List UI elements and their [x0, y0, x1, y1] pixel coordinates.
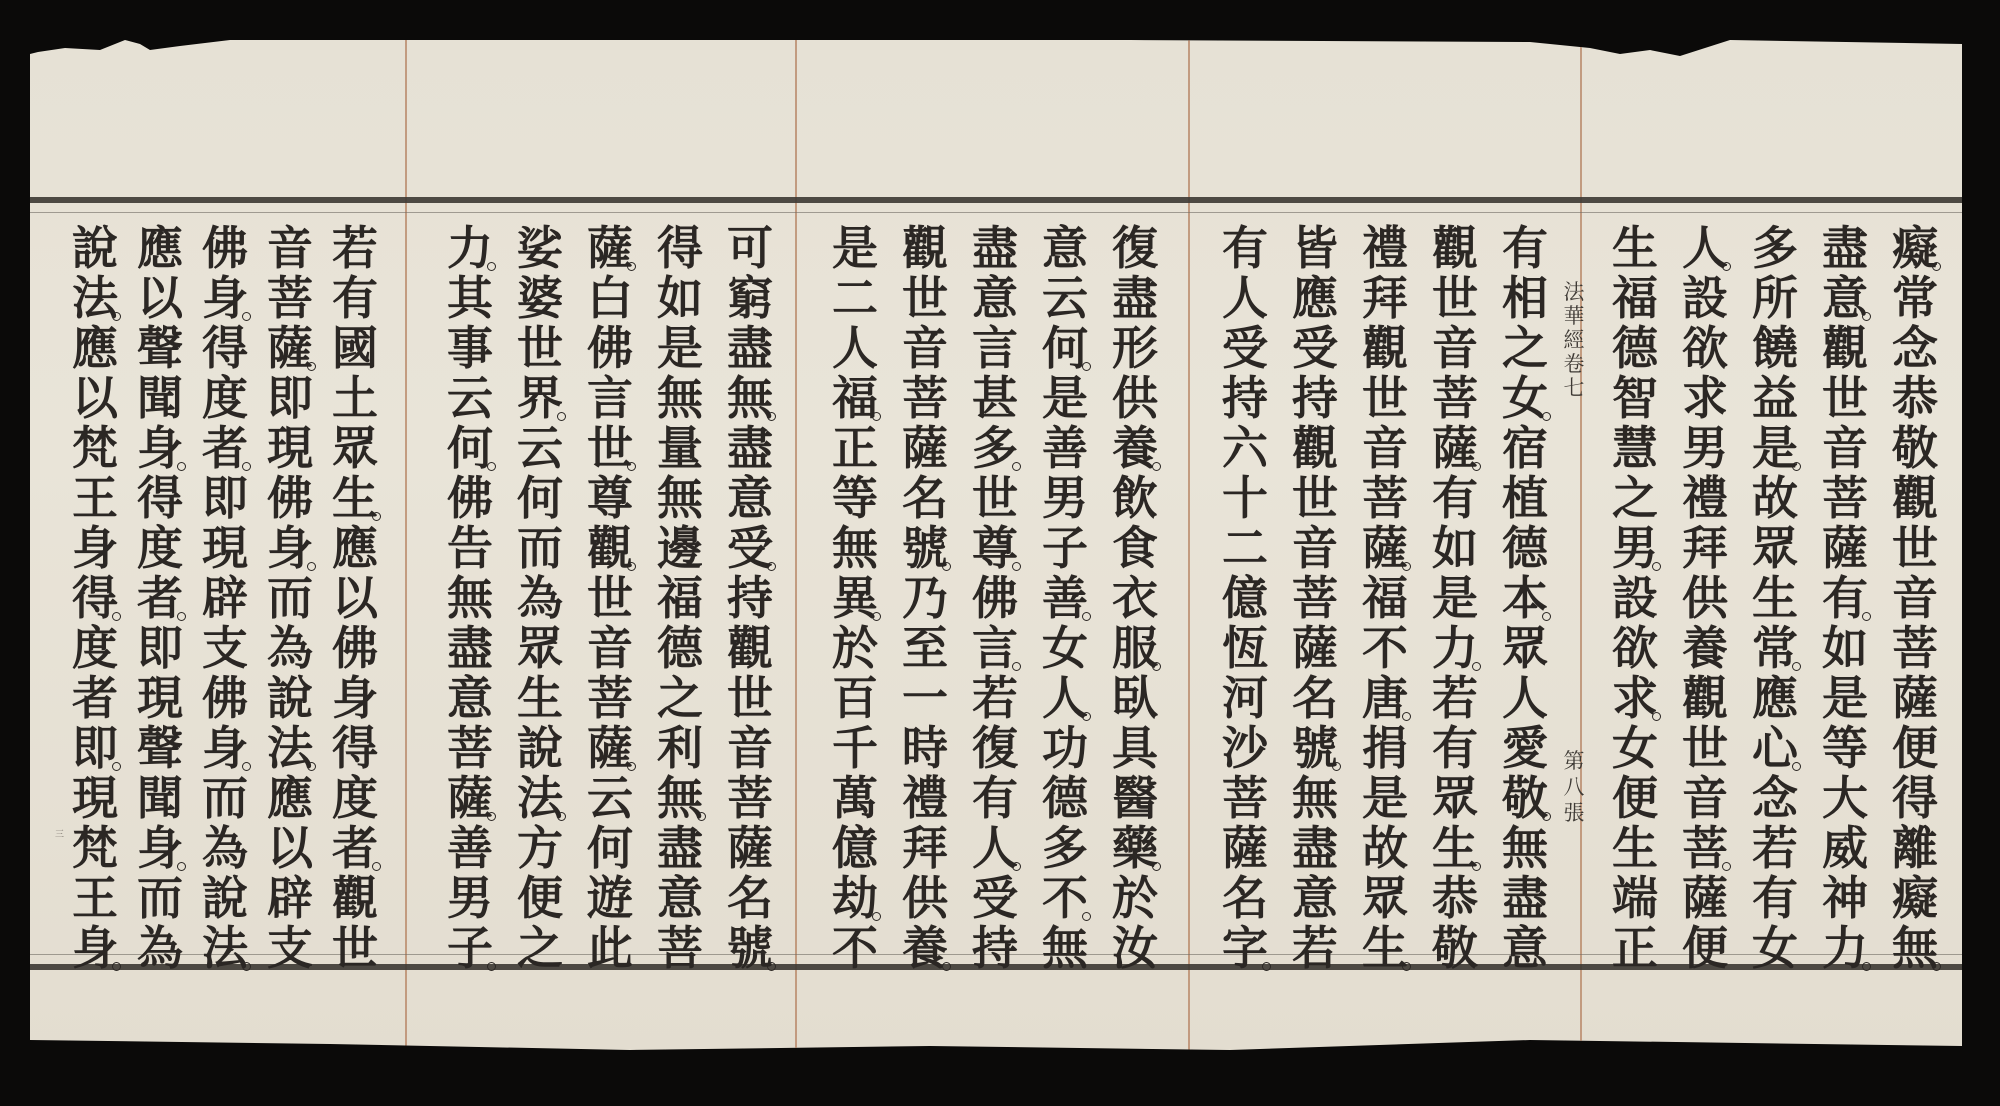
character: 敬	[1497, 773, 1553, 823]
character: 音	[262, 223, 318, 273]
character: 菩	[652, 923, 708, 973]
character: 無	[1037, 923, 1093, 973]
character: 而	[132, 873, 188, 923]
character: 世	[582, 423, 638, 473]
character: 盡	[722, 323, 778, 373]
character: 汝	[1107, 923, 1163, 973]
character: 眾	[1427, 773, 1483, 823]
character: 盡	[1817, 223, 1873, 273]
character: 盡	[1497, 873, 1553, 923]
character: 生	[1747, 573, 1803, 623]
character: 其	[442, 273, 498, 323]
character: 便	[1677, 923, 1733, 973]
character: 求	[1607, 673, 1663, 723]
character: 尊	[582, 473, 638, 523]
character: 方	[512, 823, 568, 873]
character: 世	[722, 673, 778, 723]
character: 薩	[262, 323, 318, 373]
character: 宿	[1497, 423, 1553, 473]
character: 身	[132, 823, 188, 873]
character: 力	[1817, 923, 1873, 973]
character: 意	[1037, 223, 1093, 273]
carver-mark: 三	[55, 830, 65, 840]
character: 窮	[722, 273, 778, 323]
character: 多	[1747, 223, 1803, 273]
sutra-page-scan: 癡常念恭敬觀世音菩薩便得離癡無盡意觀世音菩薩有如是等大威神力多所饒益是故眾生常應…	[30, 40, 1962, 1060]
character: 即	[132, 623, 188, 673]
text-column: 力其事云何佛告無盡意菩薩善男子	[440, 223, 500, 963]
character: 河	[1217, 673, 1273, 723]
character: 福	[827, 373, 883, 423]
character: 捐	[1357, 723, 1413, 773]
character: 生	[512, 673, 568, 723]
character: 恭	[1887, 373, 1943, 423]
character: 為	[132, 923, 188, 973]
character: 佛	[327, 623, 383, 673]
character: 者	[327, 823, 383, 873]
character: 念	[1887, 323, 1943, 373]
character: 威	[1817, 823, 1873, 873]
character: 世	[327, 923, 383, 973]
text-column: 復盡形供養飲食衣服臥具醫藥於汝	[1105, 223, 1165, 963]
character: 佛	[197, 673, 253, 723]
top-border-rule	[30, 197, 1962, 203]
character: 無	[827, 523, 883, 573]
character: 萬	[827, 773, 883, 823]
character: 善	[1037, 423, 1093, 473]
character: 無	[1287, 773, 1343, 823]
text-column: 癡常念恭敬觀世音菩薩便得離癡無	[1885, 223, 1945, 963]
character: 男	[1037, 473, 1093, 523]
margin-page-number: 第八張	[1562, 748, 1586, 826]
character: 音	[722, 723, 778, 773]
character: 不	[1037, 873, 1093, 923]
character: 故	[1357, 823, 1413, 873]
character: 以	[327, 573, 383, 623]
character: 十	[1217, 473, 1273, 523]
text-column: 意云何是善男子善女人功德多不無	[1035, 223, 1095, 963]
character: 為	[262, 623, 318, 673]
fold-line	[405, 40, 407, 1060]
fold-line	[1188, 40, 1190, 1060]
character: 男	[442, 873, 498, 923]
character: 如	[1427, 523, 1483, 573]
character: 以	[132, 273, 188, 323]
character: 應	[262, 773, 318, 823]
character: 本	[1497, 573, 1553, 623]
character: 正	[1607, 923, 1663, 973]
character: 者	[67, 673, 123, 723]
character: 度	[327, 773, 383, 823]
character: 辟	[262, 873, 318, 923]
character: 世	[1817, 373, 1873, 423]
character: 億	[1217, 573, 1273, 623]
character: 量	[652, 423, 708, 473]
character: 娑	[512, 223, 568, 273]
character: 心	[1747, 723, 1803, 773]
text-column: 可窮盡無盡意受持觀世音菩薩名號	[720, 223, 780, 963]
character: 聲	[132, 723, 188, 773]
character: 觀	[722, 623, 778, 673]
character: 是	[1037, 373, 1093, 423]
character: 有	[1427, 473, 1483, 523]
character: 無	[652, 473, 708, 523]
character: 生	[1607, 823, 1663, 873]
margin-title: 法華經卷七	[1562, 280, 1586, 400]
character: 世	[582, 573, 638, 623]
character: 異	[827, 573, 883, 623]
character: 眾	[1747, 523, 1803, 573]
text-column: 若有國土眾生應以佛身得度者觀世	[325, 223, 385, 963]
character: 觀	[1817, 323, 1873, 373]
character: 有	[1497, 223, 1553, 273]
character: 音	[1287, 523, 1343, 573]
character: 度	[132, 523, 188, 573]
text-column: 應以聲聞身得度者即現聲聞身而為	[130, 223, 190, 963]
character: 意	[442, 673, 498, 723]
character: 應	[1747, 673, 1803, 723]
character: 云	[512, 423, 568, 473]
character: 益	[1747, 373, 1803, 423]
character: 現	[67, 773, 123, 823]
character: 盡	[1107, 273, 1163, 323]
character: 名	[1287, 673, 1343, 723]
character: 拜	[897, 823, 953, 873]
character: 若	[1747, 823, 1803, 873]
text-column: 觀世音菩薩名號乃至一時禮拜供養	[895, 223, 955, 963]
character: 恆	[1217, 623, 1273, 673]
character: 音	[1817, 423, 1873, 473]
character: 言	[967, 623, 1023, 673]
character: 如	[652, 273, 708, 323]
character: 現	[197, 523, 253, 573]
character: 世	[1887, 523, 1943, 573]
character: 之	[652, 673, 708, 723]
character: 應	[1287, 273, 1343, 323]
character: 法	[197, 923, 253, 973]
character: 得	[67, 573, 123, 623]
character: 意	[652, 873, 708, 923]
character: 音	[897, 323, 953, 373]
character: 身	[327, 673, 383, 723]
character: 愛	[1497, 723, 1553, 773]
character: 復	[967, 723, 1023, 773]
character: 德	[1037, 773, 1093, 823]
character: 法	[262, 723, 318, 773]
character: 得	[132, 473, 188, 523]
character: 菩	[1887, 623, 1943, 673]
character: 度	[67, 623, 123, 673]
character: 說	[512, 723, 568, 773]
character: 人	[827, 323, 883, 373]
character: 以	[67, 373, 123, 423]
character: 億	[827, 823, 883, 873]
character: 恭	[1427, 873, 1483, 923]
character: 世	[512, 323, 568, 373]
character: 名	[897, 473, 953, 523]
character: 音	[1427, 323, 1483, 373]
character: 號	[1287, 723, 1343, 773]
character: 飲	[1107, 473, 1163, 523]
character: 說	[262, 673, 318, 723]
character: 養	[1107, 423, 1163, 473]
character: 是	[1427, 573, 1483, 623]
character: 女	[1747, 923, 1803, 973]
character: 觀	[1287, 423, 1343, 473]
character: 持	[722, 573, 778, 623]
text-column: 音菩薩即現佛身而為說法應以辟支	[260, 223, 320, 963]
character: 何	[582, 823, 638, 873]
character: 是	[1817, 673, 1873, 723]
character: 土	[327, 373, 383, 423]
character: 身	[67, 923, 123, 973]
fold-line	[1580, 40, 1582, 1060]
character: 常	[1887, 273, 1943, 323]
character: 是	[827, 223, 883, 273]
character: 佛	[262, 473, 318, 523]
character: 多	[1037, 823, 1093, 873]
character: 梵	[67, 823, 123, 873]
character: 意	[1287, 873, 1343, 923]
character: 設	[1607, 573, 1663, 623]
character: 觀	[1677, 673, 1733, 723]
character: 有	[1817, 573, 1873, 623]
character: 得	[197, 323, 253, 373]
character: 生	[327, 473, 383, 523]
character: 饒	[1747, 323, 1803, 373]
character: 薩	[1357, 523, 1413, 573]
character: 尊	[967, 523, 1023, 573]
character: 人	[1497, 673, 1553, 723]
character: 二	[1217, 523, 1273, 573]
character: 臥	[1107, 673, 1163, 723]
character: 世	[1357, 373, 1413, 423]
character: 菩	[1817, 473, 1873, 523]
character: 若	[327, 223, 383, 273]
character: 邊	[652, 523, 708, 573]
character: 音	[1677, 773, 1733, 823]
character: 得	[327, 723, 383, 773]
character: 敬	[1427, 923, 1483, 973]
character: 多	[967, 423, 1023, 473]
character: 力	[1427, 623, 1483, 673]
character: 沙	[1217, 723, 1273, 773]
character: 子	[1037, 523, 1093, 573]
character: 受	[1217, 323, 1273, 373]
character: 菩	[1357, 473, 1413, 523]
character: 復	[1107, 223, 1163, 273]
character: 可	[722, 223, 778, 273]
character: 觀	[1427, 223, 1483, 273]
character: 等	[1817, 723, 1873, 773]
character: 事	[442, 323, 498, 373]
character: 而	[197, 773, 253, 823]
character: 拜	[1357, 273, 1413, 323]
character: 是	[652, 323, 708, 373]
text-column: 盡意言甚多世尊佛言若復有人受持	[965, 223, 1025, 963]
character: 正	[827, 423, 883, 473]
text-column: 有相之女宿植德本眾人愛敬無盡意	[1495, 223, 1555, 963]
character: 供	[897, 873, 953, 923]
character: 應	[327, 523, 383, 573]
character: 六	[1217, 423, 1273, 473]
character: 女	[1497, 373, 1553, 423]
character: 薩	[722, 823, 778, 873]
character: 菩	[442, 723, 498, 773]
character: 聞	[132, 373, 188, 423]
character: 音	[582, 623, 638, 673]
character: 功	[1037, 723, 1093, 773]
character: 以	[262, 823, 318, 873]
character: 身	[197, 723, 253, 773]
character: 字	[1217, 923, 1273, 973]
character: 藥	[1107, 823, 1163, 873]
character: 服	[1107, 623, 1163, 673]
character: 薩	[1817, 523, 1873, 573]
character: 生	[1607, 223, 1663, 273]
text-column: 觀世音菩薩有如是力若有眾生恭敬	[1425, 223, 1485, 963]
character: 眾	[327, 423, 383, 473]
character: 德	[652, 623, 708, 673]
character: 慧	[1607, 423, 1663, 473]
character: 界	[512, 373, 568, 423]
character: 辟	[197, 573, 253, 623]
text-column: 佛身得度者即現辟支佛身而為說法	[195, 223, 255, 963]
character: 神	[1817, 873, 1873, 923]
character: 菩	[262, 273, 318, 323]
character: 若	[1287, 923, 1343, 973]
character: 受	[1287, 323, 1343, 373]
character: 之	[1607, 473, 1663, 523]
character: 植	[1497, 473, 1553, 523]
character: 持	[1287, 373, 1343, 423]
character: 言	[582, 373, 638, 423]
character: 世	[897, 273, 953, 323]
character: 意	[1497, 923, 1553, 973]
character: 持	[967, 923, 1023, 973]
character: 受	[722, 523, 778, 573]
character: 意	[967, 273, 1023, 323]
character: 持	[1217, 373, 1273, 423]
character: 世	[1287, 473, 1343, 523]
character: 即	[197, 473, 253, 523]
character: 觀	[1357, 323, 1413, 373]
character: 供	[1107, 373, 1163, 423]
character: 國	[327, 323, 383, 373]
character: 無	[652, 773, 708, 823]
character: 福	[1357, 573, 1413, 623]
character: 薩	[582, 723, 638, 773]
character: 得	[652, 223, 708, 273]
character: 盡	[652, 823, 708, 873]
character: 薩	[897, 423, 953, 473]
character: 無	[722, 373, 778, 423]
character: 有	[967, 773, 1023, 823]
character: 無	[442, 573, 498, 623]
character: 薩	[1217, 823, 1273, 873]
character: 音	[1357, 423, 1413, 473]
character: 禮	[1677, 473, 1733, 523]
character: 若	[1427, 673, 1483, 723]
character: 人	[1677, 223, 1733, 273]
character: 甚	[967, 373, 1023, 423]
text-column: 生福德智慧之男設欲求女便生端正	[1605, 223, 1665, 963]
character: 所	[1747, 273, 1803, 323]
character: 如	[1817, 623, 1873, 673]
character: 乃	[897, 573, 953, 623]
text-column: 薩白佛言世尊觀世音菩薩云何遊此	[580, 223, 640, 963]
character: 男	[1607, 523, 1663, 573]
character: 世	[967, 473, 1023, 523]
character: 禮	[1357, 223, 1413, 273]
character: 敬	[1887, 423, 1943, 473]
character: 說	[197, 873, 253, 923]
character: 求	[1677, 373, 1733, 423]
character: 世	[1427, 273, 1483, 323]
character: 智	[1607, 373, 1663, 423]
character: 觀	[897, 223, 953, 273]
character: 身	[197, 273, 253, 323]
character: 佛	[582, 323, 638, 373]
character: 號	[897, 523, 953, 573]
character: 菩	[1287, 573, 1343, 623]
character: 不	[1357, 623, 1413, 673]
character: 為	[512, 573, 568, 623]
character: 而	[262, 573, 318, 623]
character: 供	[1677, 573, 1733, 623]
character: 為	[197, 823, 253, 873]
fold-line	[795, 40, 797, 1060]
character: 生	[1357, 923, 1413, 973]
character: 何	[442, 423, 498, 473]
character: 便	[1887, 723, 1943, 773]
character: 之	[1497, 323, 1553, 373]
character: 時	[897, 723, 953, 773]
character: 薩	[1287, 623, 1343, 673]
character: 劫	[827, 873, 883, 923]
character: 眾	[1357, 873, 1413, 923]
character: 唐	[1357, 673, 1413, 723]
character: 等	[827, 473, 883, 523]
character: 菩	[897, 373, 953, 423]
character: 梵	[67, 423, 123, 473]
character: 不	[827, 923, 883, 973]
text-column: 盡意觀世音菩薩有如是等大威神力	[1815, 223, 1875, 963]
text-column: 是二人福正等無異於百千萬億劫不	[825, 223, 885, 963]
character: 善	[1037, 573, 1093, 623]
text-column: 禮拜觀世音菩薩福不唐捐是故眾生	[1355, 223, 1415, 963]
character: 無	[652, 373, 708, 423]
character: 菩	[1427, 373, 1483, 423]
character: 薩	[582, 223, 638, 273]
character: 王	[67, 473, 123, 523]
character: 者	[132, 573, 188, 623]
character: 意	[722, 473, 778, 523]
character: 法	[512, 773, 568, 823]
character: 言	[967, 323, 1023, 373]
character: 二	[827, 273, 883, 323]
character: 佛	[967, 573, 1023, 623]
character: 身	[262, 523, 318, 573]
top-inner-rule	[30, 212, 1962, 213]
character: 云	[1037, 273, 1093, 323]
character: 何	[512, 473, 568, 523]
character: 云	[442, 373, 498, 423]
character: 大	[1817, 773, 1873, 823]
character: 音	[1887, 573, 1943, 623]
character: 是	[1747, 423, 1803, 473]
character: 端	[1607, 873, 1663, 923]
